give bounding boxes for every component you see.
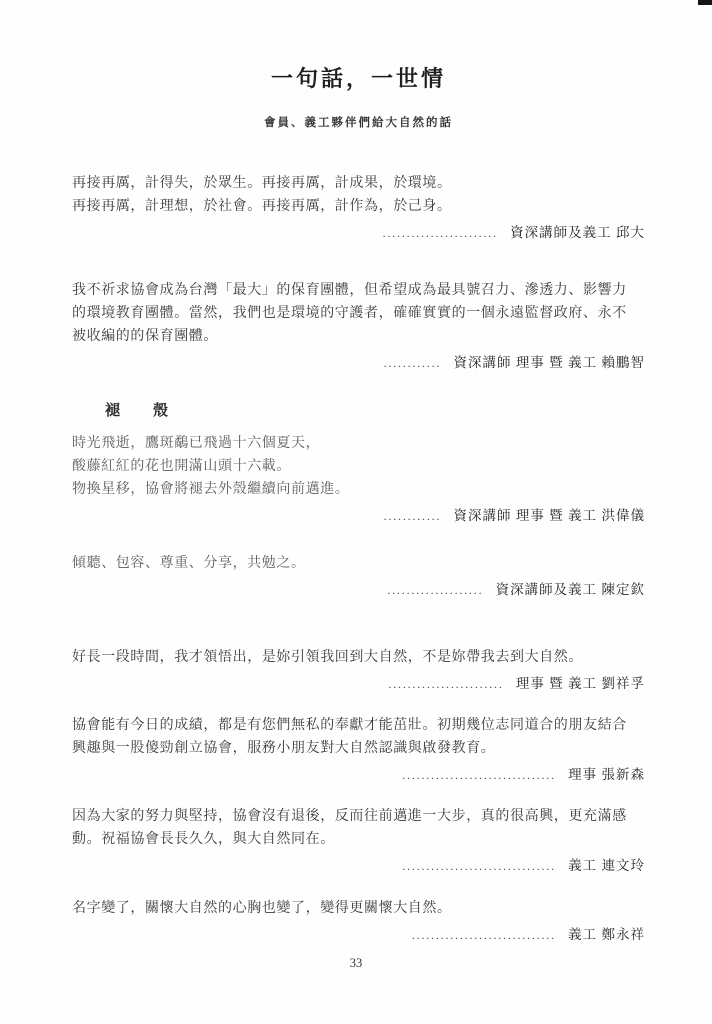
dots-leader: ................................ (402, 768, 556, 782)
section-heading: 褪 殼 (105, 399, 645, 420)
quote-block: 好長一段時間，我才領悟出，是妳引領我回到大自然，不是妳帶我去到大自然。 ....… (72, 646, 645, 696)
page-subtitle: 會員、義工夥伴們給大自然的話 (72, 114, 645, 130)
quote-line: 傾聽、包容、尊重、分享，共勉之。 (72, 552, 645, 575)
page-number: 33 (0, 956, 712, 971)
quote-line: 再接再厲，計得失，於眾生。再接再厲，計成果，於環境。 (72, 172, 645, 195)
quote-line: 動。祝福協會長長久久，與大自然同在。 (72, 828, 645, 851)
dots-leader: ........................ (383, 226, 498, 240)
quote-line: 協會能有今日的成績，都是有您們無私的奉獻才能茁壯。初期幾位志同道合的朋友結合 (72, 714, 645, 737)
page-title: 一句話，一世情 (72, 62, 645, 93)
quote-line: 我不祈求協會成為台灣「最大」的保育團體，但希望成為最具號召力、滲透力、影響力 (72, 279, 645, 302)
quote-line: 因為大家的努力與堅持，協會沒有退後，反而往前邁進一大步，真的很高興，更充滿感 (72, 805, 645, 828)
signature-line: ................................ 理事 張新森 (72, 763, 645, 787)
attribution: 理事 暨 義工 劉祥孚 (516, 676, 645, 691)
dots-leader: ........................ (388, 677, 503, 691)
quote-line: 酸藤紅紅的花也開滿山頭十六載。 (72, 455, 645, 478)
attribution: 資深講師及義工 邱大 (510, 225, 645, 240)
attribution: 義工 連文玲 (568, 858, 645, 873)
scan-artifact (698, 0, 712, 5)
signature-line: ................................ 義工 連文玲 (72, 854, 645, 878)
quote-line: 好長一段時間，我才領悟出，是妳引領我回到大自然，不是妳帶我去到大自然。 (72, 646, 645, 669)
signature-line: .................... 資深講師及義工 陳定欽 (72, 578, 645, 602)
quote-line: 被收編的的保育團體。 (72, 325, 645, 348)
attribution: 資深講師 理事 暨 義工 賴鵬智 (454, 355, 646, 370)
quote-line: 再接再厲，計理想，於社會。再接再厲，計作為，於己身。 (72, 195, 645, 218)
attribution: 理事 張新森 (568, 767, 645, 782)
signature-line: ........................ 理事 暨 義工 劉祥孚 (72, 672, 645, 696)
quote-block: 傾聽、包容、尊重、分享，共勉之。 .................... 資深… (72, 552, 645, 602)
quote-block: 因為大家的努力與堅持，協會沒有退後，反而往前邁進一大步，真的很高興，更充滿感 動… (72, 805, 645, 878)
quote-block: 協會能有今日的成績，都是有您們無私的奉獻才能茁壯。初期幾位志同道合的朋友結合 興… (72, 714, 645, 787)
signature-line: ........................ 資深講師及義工 邱大 (72, 221, 645, 245)
quote-line: 物換星移，協會將褪去外殼繼續向前邁進。 (72, 478, 645, 501)
quote-line: 的環境教育團體。當然，我們也是環境的守護者，確確實實的一個永遠監督政府、永不 (72, 302, 645, 325)
signature-line: ............ 資深講師 理事 暨 義工 賴鵬智 (72, 351, 645, 375)
document-page: 一句話，一世情 會員、義工夥伴們給大自然的話 再接再厲，計得失，於眾生。再接再厲… (0, 0, 712, 1024)
dots-leader: .............................. (412, 928, 556, 942)
quote-line: 名字變了，關懷大自然的心胸也變了，變得更關懷大自然。 (72, 897, 645, 920)
signature-line: ............ 資深講師 理事 暨 義工 洪偉儀 (72, 504, 645, 528)
quote-block: 我不祈求協會成為台灣「最大」的保育團體，但希望成為最具號召力、滲透力、影響力 的… (72, 279, 645, 375)
quote-block: 再接再厲，計得失，於眾生。再接再厲，計成果，於環境。 再接再厲，計理想，於社會。… (72, 172, 645, 245)
dots-leader: ............ (384, 356, 442, 370)
dots-leader: ................................ (402, 859, 556, 873)
quote-block: 名字變了，關懷大自然的心胸也變了，變得更關懷大自然。 .............… (72, 897, 645, 947)
quote-line: 興趣與一股傻勁創立協會，服務小朋友對大自然認識與啟發教育。 (72, 737, 645, 760)
dots-leader: .................... (387, 583, 483, 597)
page-content: 一句話，一世情 會員、義工夥伴們給大自然的話 再接再厲，計得失，於眾生。再接再厲… (72, 0, 645, 947)
quote-block-poem: 時光飛逝，鷹斑鷸已飛過十六個夏天， 酸藤紅紅的花也開滿山頭十六載。 物換星移，協… (72, 432, 645, 528)
attribution: 資深講師及義工 陳定欽 (496, 582, 645, 597)
attribution: 義工 鄭永祥 (568, 927, 645, 942)
quote-line: 時光飛逝，鷹斑鷸已飛過十六個夏天， (72, 432, 645, 455)
signature-line: .............................. 義工 鄭永祥 (72, 923, 645, 947)
dots-leader: ............ (384, 509, 442, 523)
attribution: 資深講師 理事 暨 義工 洪偉儀 (454, 508, 646, 523)
